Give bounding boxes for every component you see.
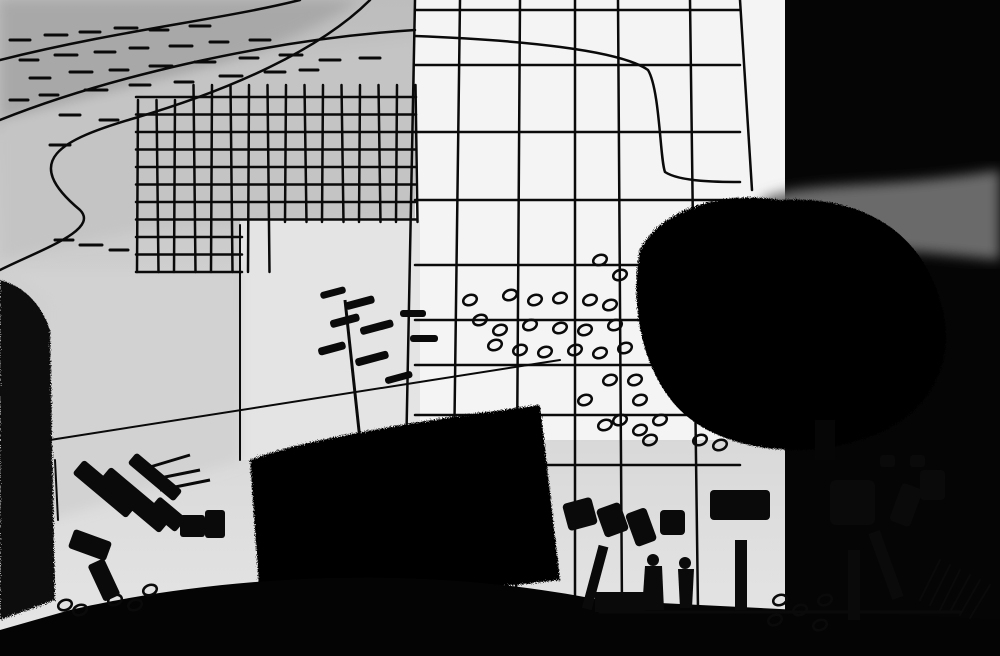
ink-sketch-artwork (0, 0, 1000, 656)
sketch-canvas (0, 0, 1000, 656)
dark-mass-left (0, 280, 55, 620)
